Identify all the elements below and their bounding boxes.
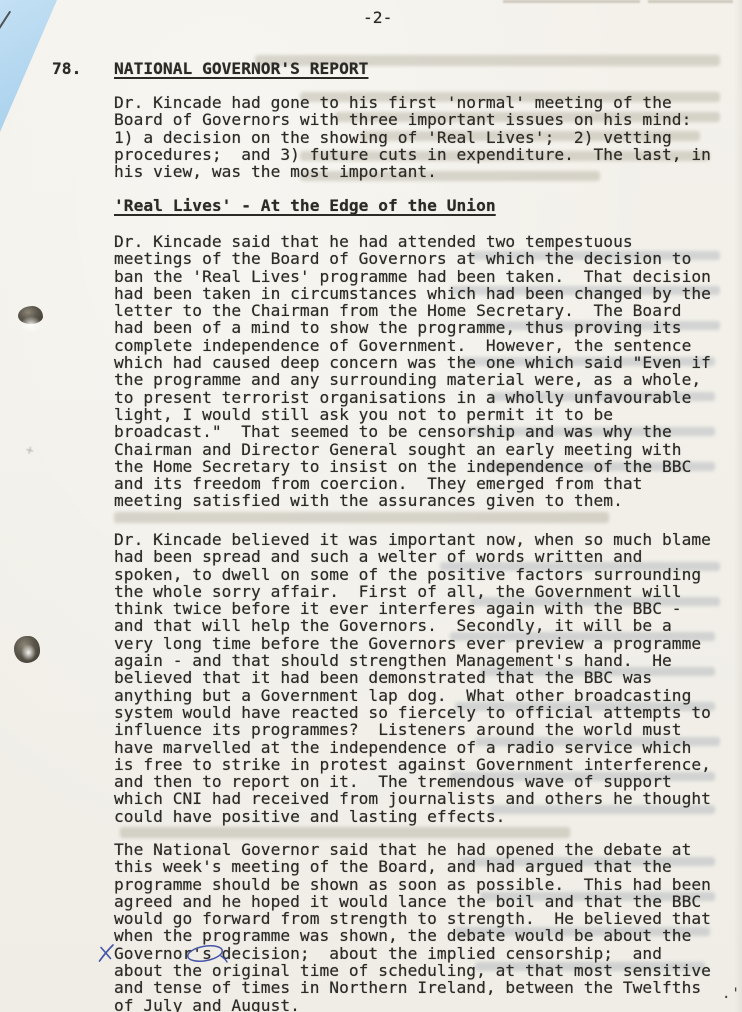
hole-punch-bottom [14, 636, 40, 663]
hole-punch-highlight [21, 644, 36, 661]
item-number: 78. [52, 60, 81, 77]
hole-punch-top [18, 306, 43, 324]
section-heading: NATIONAL GOVERNOR'S REPORT [114, 60, 368, 77]
paragraph-2: Dr. Kincade said that he had attended tw… [114, 233, 711, 510]
scan-corner-artifact [0, 0, 57, 132]
paragraph-1: Dr. Kincade had gone to his first 'norma… [114, 94, 711, 180]
scan-top-fleck [648, 0, 733, 3]
paragraph-4: The National Governor said that he had o… [114, 841, 711, 1012]
handwritten-x-mark [97, 944, 116, 963]
page-number: -2- [363, 9, 392, 26]
bleed-through-artifact [120, 827, 570, 838]
hole-punch-highlight [20, 316, 42, 334]
bleed-through-artifact [114, 512, 609, 523]
paragraph-3: Dr. Kincade believed it was important no… [114, 531, 711, 825]
scanned-document-page: + -2- 78. NATIONAL GOVERNOR'S REPORT Dr.… [0, 0, 742, 1012]
scan-top-fleck [503, 0, 640, 3]
handwritten-circle-annotation [183, 942, 229, 966]
subsection-heading: 'Real Lives' - At the Edge of the Union [114, 197, 496, 214]
pencil-smudge: + [25, 442, 41, 457]
ink-speck: .' [722, 986, 741, 1002]
